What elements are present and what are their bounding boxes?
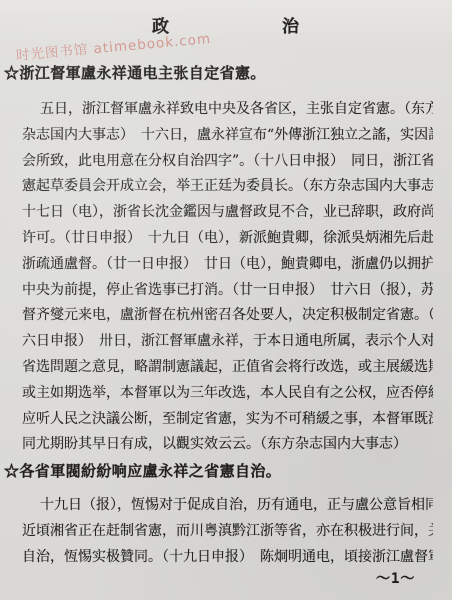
text-line: 会所致，此电用意在分权自治四字”。（十八日申报） 同日，浙江省	[22, 149, 433, 175]
page-number: ～1～	[376, 568, 415, 588]
text-line: 中央为前提，停止省选事已打消。（廿一日申报） 廿六日（报），苏	[22, 278, 433, 304]
section-heading-warlords-response: ☆各省軍閥紛紛响应盧永祥之省憲自治。	[4, 460, 281, 481]
text-line: 浙疏通盧督。（廿一日申报） 廿日（电），鮑貴卿电，浙盧仍以拥护	[22, 252, 433, 278]
text-line: 杂志国内大事志） 十六日，盧永祥宣布“外傳浙江独立之謠，实因誤	[22, 123, 433, 149]
text-line: 自治，恆惕实极贊同。（十九日申报） 陈炯明通电，頃接浙江盧督軍	[22, 544, 433, 570]
text-line: 五日，浙江督軍盧永祥致电中央及各省区，主张自定省憲。（东方	[22, 97, 433, 123]
text-line: 憲起草委員会开成立会，举王正廷为委員长。（东方杂志国内大事志）	[22, 174, 433, 200]
text-line: 近頃湘省正在赶制省憲，而川粤滇黔江浙等省，亦在积极进行间，关于	[22, 518, 433, 544]
text-line: 六日申报） 卅日，浙江督軍盧永祥，于本日通电所属，表示个人对于	[22, 329, 433, 355]
text-line: 十九日（报），恆惕对于促成自治，历有通电，正与盧公意旨相同，	[22, 492, 433, 518]
text-line: 或主如期选举，本督軍以为三年改选，本人民自有之公权，应否停緩，	[22, 381, 433, 407]
scanned-document-page: 政 治 时光图书馆 atimebook.com ☆浙江督軍盧永祥通电主张自定省憲…	[0, 0, 452, 600]
section-heading-zhejiang-telegram: ☆浙江督軍盧永祥通电主张自定省憲。	[4, 62, 266, 83]
text-line: 许可。（廿日申报） 十九日（电），新派鮑貴卿，徐派吳炳湘先后赴	[22, 226, 433, 252]
text-line: 十七日（电），浙省长沈金鑑因与盧督政見不合，业已辞职，政府尚未	[22, 200, 433, 226]
section-1-paragraph: 五日，浙江督軍盧永祥致电中央及各省区，主张自定省憲。（东方 杂志国内大事志） 十…	[22, 97, 433, 458]
section-2-paragraph: 十九日（报），恆惕对于促成自治，历有通电，正与盧公意旨相同， 近頃湘省正在赶制省…	[22, 492, 433, 570]
page-title: 政 治	[0, 12, 452, 37]
text-line: 同尤期盼其早日有成，以觀实效云云。（东方杂志国内大事志）	[22, 432, 433, 458]
text-line: 省选問題之意見，略謂制憲議起，正值省会将行改选，或主展緩选期，	[22, 355, 433, 381]
text-line: 督齐燮元来电，盧浙督在杭州密召各处要人，决定积极制定省憲。（廿	[22, 303, 433, 329]
title-char-right: 治	[282, 12, 300, 37]
text-line: 应听人民之決議公断，至制定省憲，实为不可稍緩之事，本督軍既深贊	[22, 407, 433, 433]
